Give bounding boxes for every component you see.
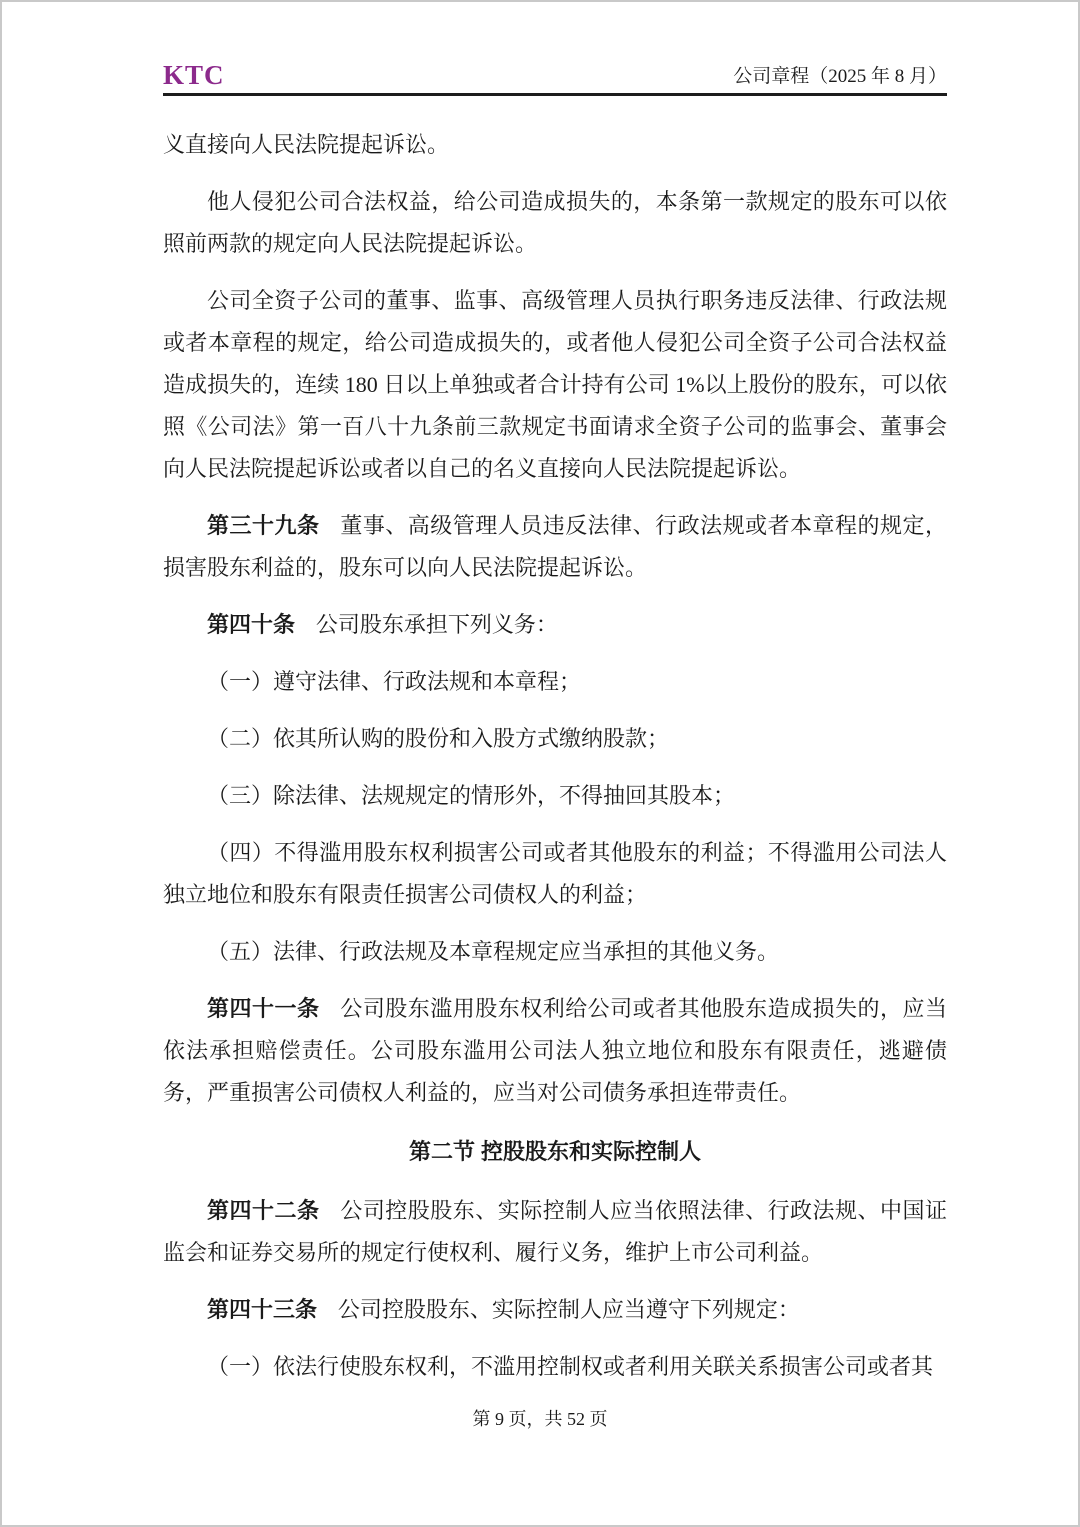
paragraph-text: 他人侵犯公司合法权益，给公司造成损失的，本条第一款规定的股东可以依照前两款的规定… [163,189,947,256]
list-item-2: （二）依其所认购的股份和入股方式缴纳股款； [163,718,947,760]
list-item-4: （四）不得滥用股东权利损害公司或者其他股东的利益；不得滥用公司法人独立地位和股东… [163,832,947,916]
article-number: 第四十一条 [207,996,319,1021]
list-item-1-article-43: （一）依法行使股东权利，不滥用控制权或者利用关联关系损害公司或者其 [163,1346,947,1388]
page-number: 第 9 页，共 52 页 [473,1409,608,1429]
paragraph-text: （二）依其所认购的股份和入股方式缴纳股款； [207,726,669,751]
paragraph-text: （五）法律、行政法规及本章程规定应当承担的其他义务。 [207,939,779,964]
document-title: 公司章程（2025 年 8 月） [733,65,947,89]
article-number: 第四十条 [207,612,295,637]
paragraph-continuation: 义直接向人民法院提起诉讼。 [163,124,947,166]
page-header: KTC 公司章程（2025 年 8 月） [163,2,947,96]
paragraph-text: 公司控股股东、实际控制人应当遵守下列规定： [338,1297,800,1322]
section-heading: 第二节 控股股东和实际控制人 [163,1131,947,1173]
article-number: 第三十九条 [207,513,319,538]
paragraph-text: 公司股东承担下列义务： [316,612,558,637]
article-43-paragraph: 第四十三条公司控股股东、实际控制人应当遵守下列规定： [163,1289,947,1331]
paragraph-text: （四）不得滥用股东权利损害公司或者其他股东的利益；不得滥用公司法人独立地位和股东… [163,840,947,907]
article-41-paragraph: 第四十一条公司股东滥用股东权利给公司或者其他股东造成损失的，应当依法承担赔偿责任… [163,988,947,1114]
list-item-5: （五）法律、行政法规及本章程规定应当承担的其他义务。 [163,931,947,973]
paragraph: 他人侵犯公司合法权益，给公司造成损失的，本条第一款规定的股东可以依照前两款的规定… [163,181,947,265]
paragraph-text: （一）遵守法律、行政法规和本章程； [207,669,581,694]
article-42-paragraph: 第四十二条公司控股股东、实际控制人应当依照法律、行政法规、中国证监会和证券交易所… [163,1190,947,1274]
list-item-3: （三）除法律、法规规定的情形外，不得抽回其股本； [163,775,947,817]
paragraph-text: 公司全资子公司的董事、监事、高级管理人员执行职务违反法律、行政法规或者本章程的规… [163,288,947,481]
list-item-1: （一）遵守法律、行政法规和本章程； [163,661,947,703]
document-page: KTC 公司章程（2025 年 8 月） 义直接向人民法院提起诉讼。 他人侵犯公… [0,0,1080,1527]
paragraph: 公司全资子公司的董事、监事、高级管理人员执行职务违反法律、行政法规或者本章程的规… [163,280,947,490]
paragraph-text: 义直接向人民法院提起诉讼。 [163,132,449,157]
page-footer: 第 9 页，共 52 页 [2,1405,1078,1433]
paragraph-text: （一）依法行使股东权利，不滥用控制权或者利用关联关系损害公司或者其 [207,1354,933,1379]
article-40-paragraph: 第四十条公司股东承担下列义务： [163,604,947,646]
article-39-paragraph: 第三十九条董事、高级管理人员违反法律、行政法规或者本章程的规定，损害股东利益的，… [163,505,947,589]
document-body: 义直接向人民法院提起诉讼。 他人侵犯公司合法权益，给公司造成损失的，本条第一款规… [163,96,947,1388]
ktc-logo: KTC [163,62,225,89]
article-number: 第四十二条 [207,1198,319,1223]
article-number: 第四十三条 [207,1297,317,1322]
paragraph-text: （三）除法律、法规规定的情形外，不得抽回其股本； [207,783,735,808]
